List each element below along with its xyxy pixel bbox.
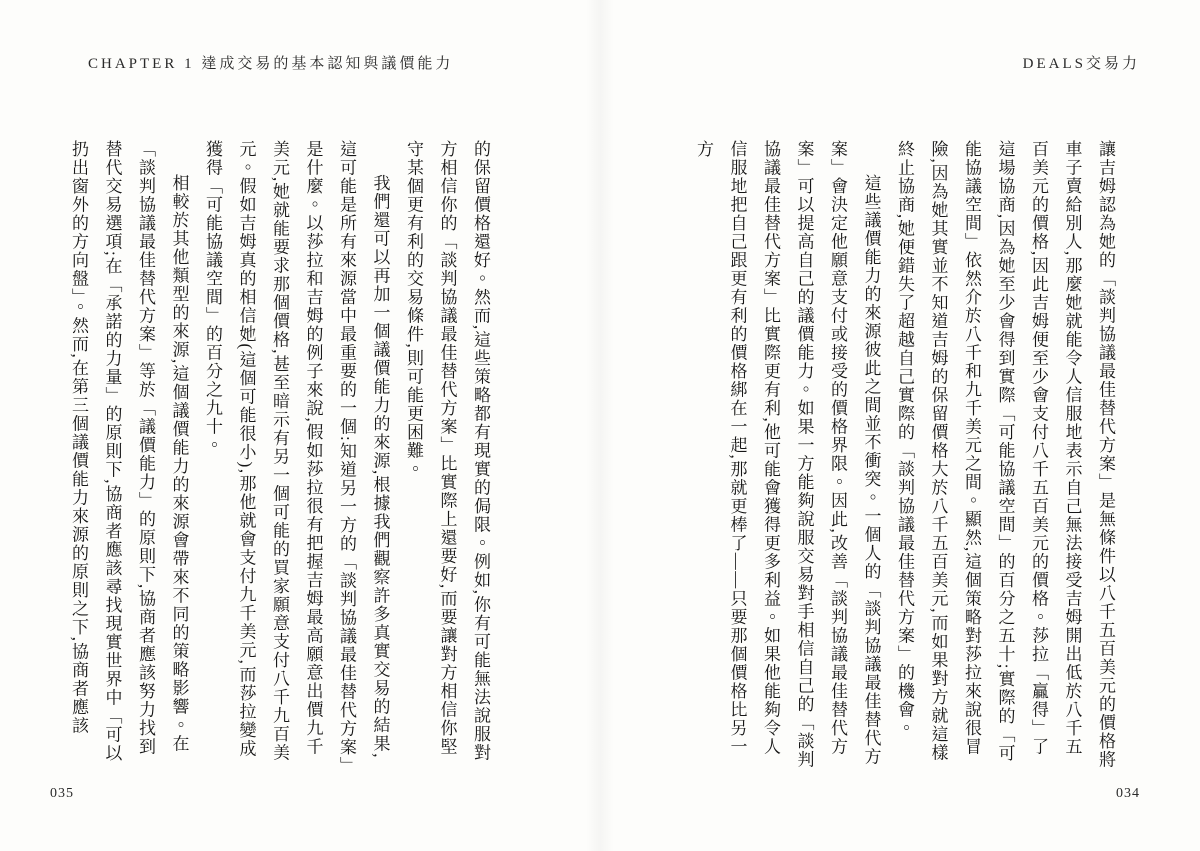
paragraph: 我們還可以再加一個議價能力的來源,根據我們觀察許多真實交易的結果,這可能是所有來… (196, 140, 397, 774)
page-number-right: 034 (1116, 786, 1140, 802)
paragraph: 相較於其他類型的來源,這個議價能力的來源會帶來不同的策略影響。在「談判協議最佳替… (62, 140, 196, 774)
page-gutter-shadow (586, 0, 614, 851)
paragraph-continuation: 的保留價格還好。然而,這些策略都有現實的侷限。例如,你有可能無法說服對方相信你的… (397, 140, 498, 774)
page-right-body-text: 讓吉姆認為她的「談判協議最佳替代方案」是無條件以八千五百美元的價格將車子賣給別人… (687, 140, 1123, 774)
page-number-left: 035 (50, 786, 74, 802)
paragraph: 這些議價能力的來源彼此之間並不衝突。一個人的「談判協議最佳替代方案」會決定他願意… (687, 140, 888, 774)
paragraph-continuation: 讓吉姆認為她的「談判協議最佳替代方案」是無條件以八千五百美元的價格將車子賣給別人… (888, 140, 1123, 774)
chapter-running-head: CHAPTER 1 達成交易的基本認知與議價能力 (88, 52, 453, 73)
page-left-body-text: 的保留價格還好。然而,這些策略都有現實的侷限。例如,你有可能無法說服對方相信你的… (62, 140, 498, 774)
book-title-running-head: DEALS交易力 (1023, 52, 1140, 73)
book-spread: CHAPTER 1 達成交易的基本認知與議價能力 的保留價格還好。然而,這些策略… (0, 0, 1200, 851)
